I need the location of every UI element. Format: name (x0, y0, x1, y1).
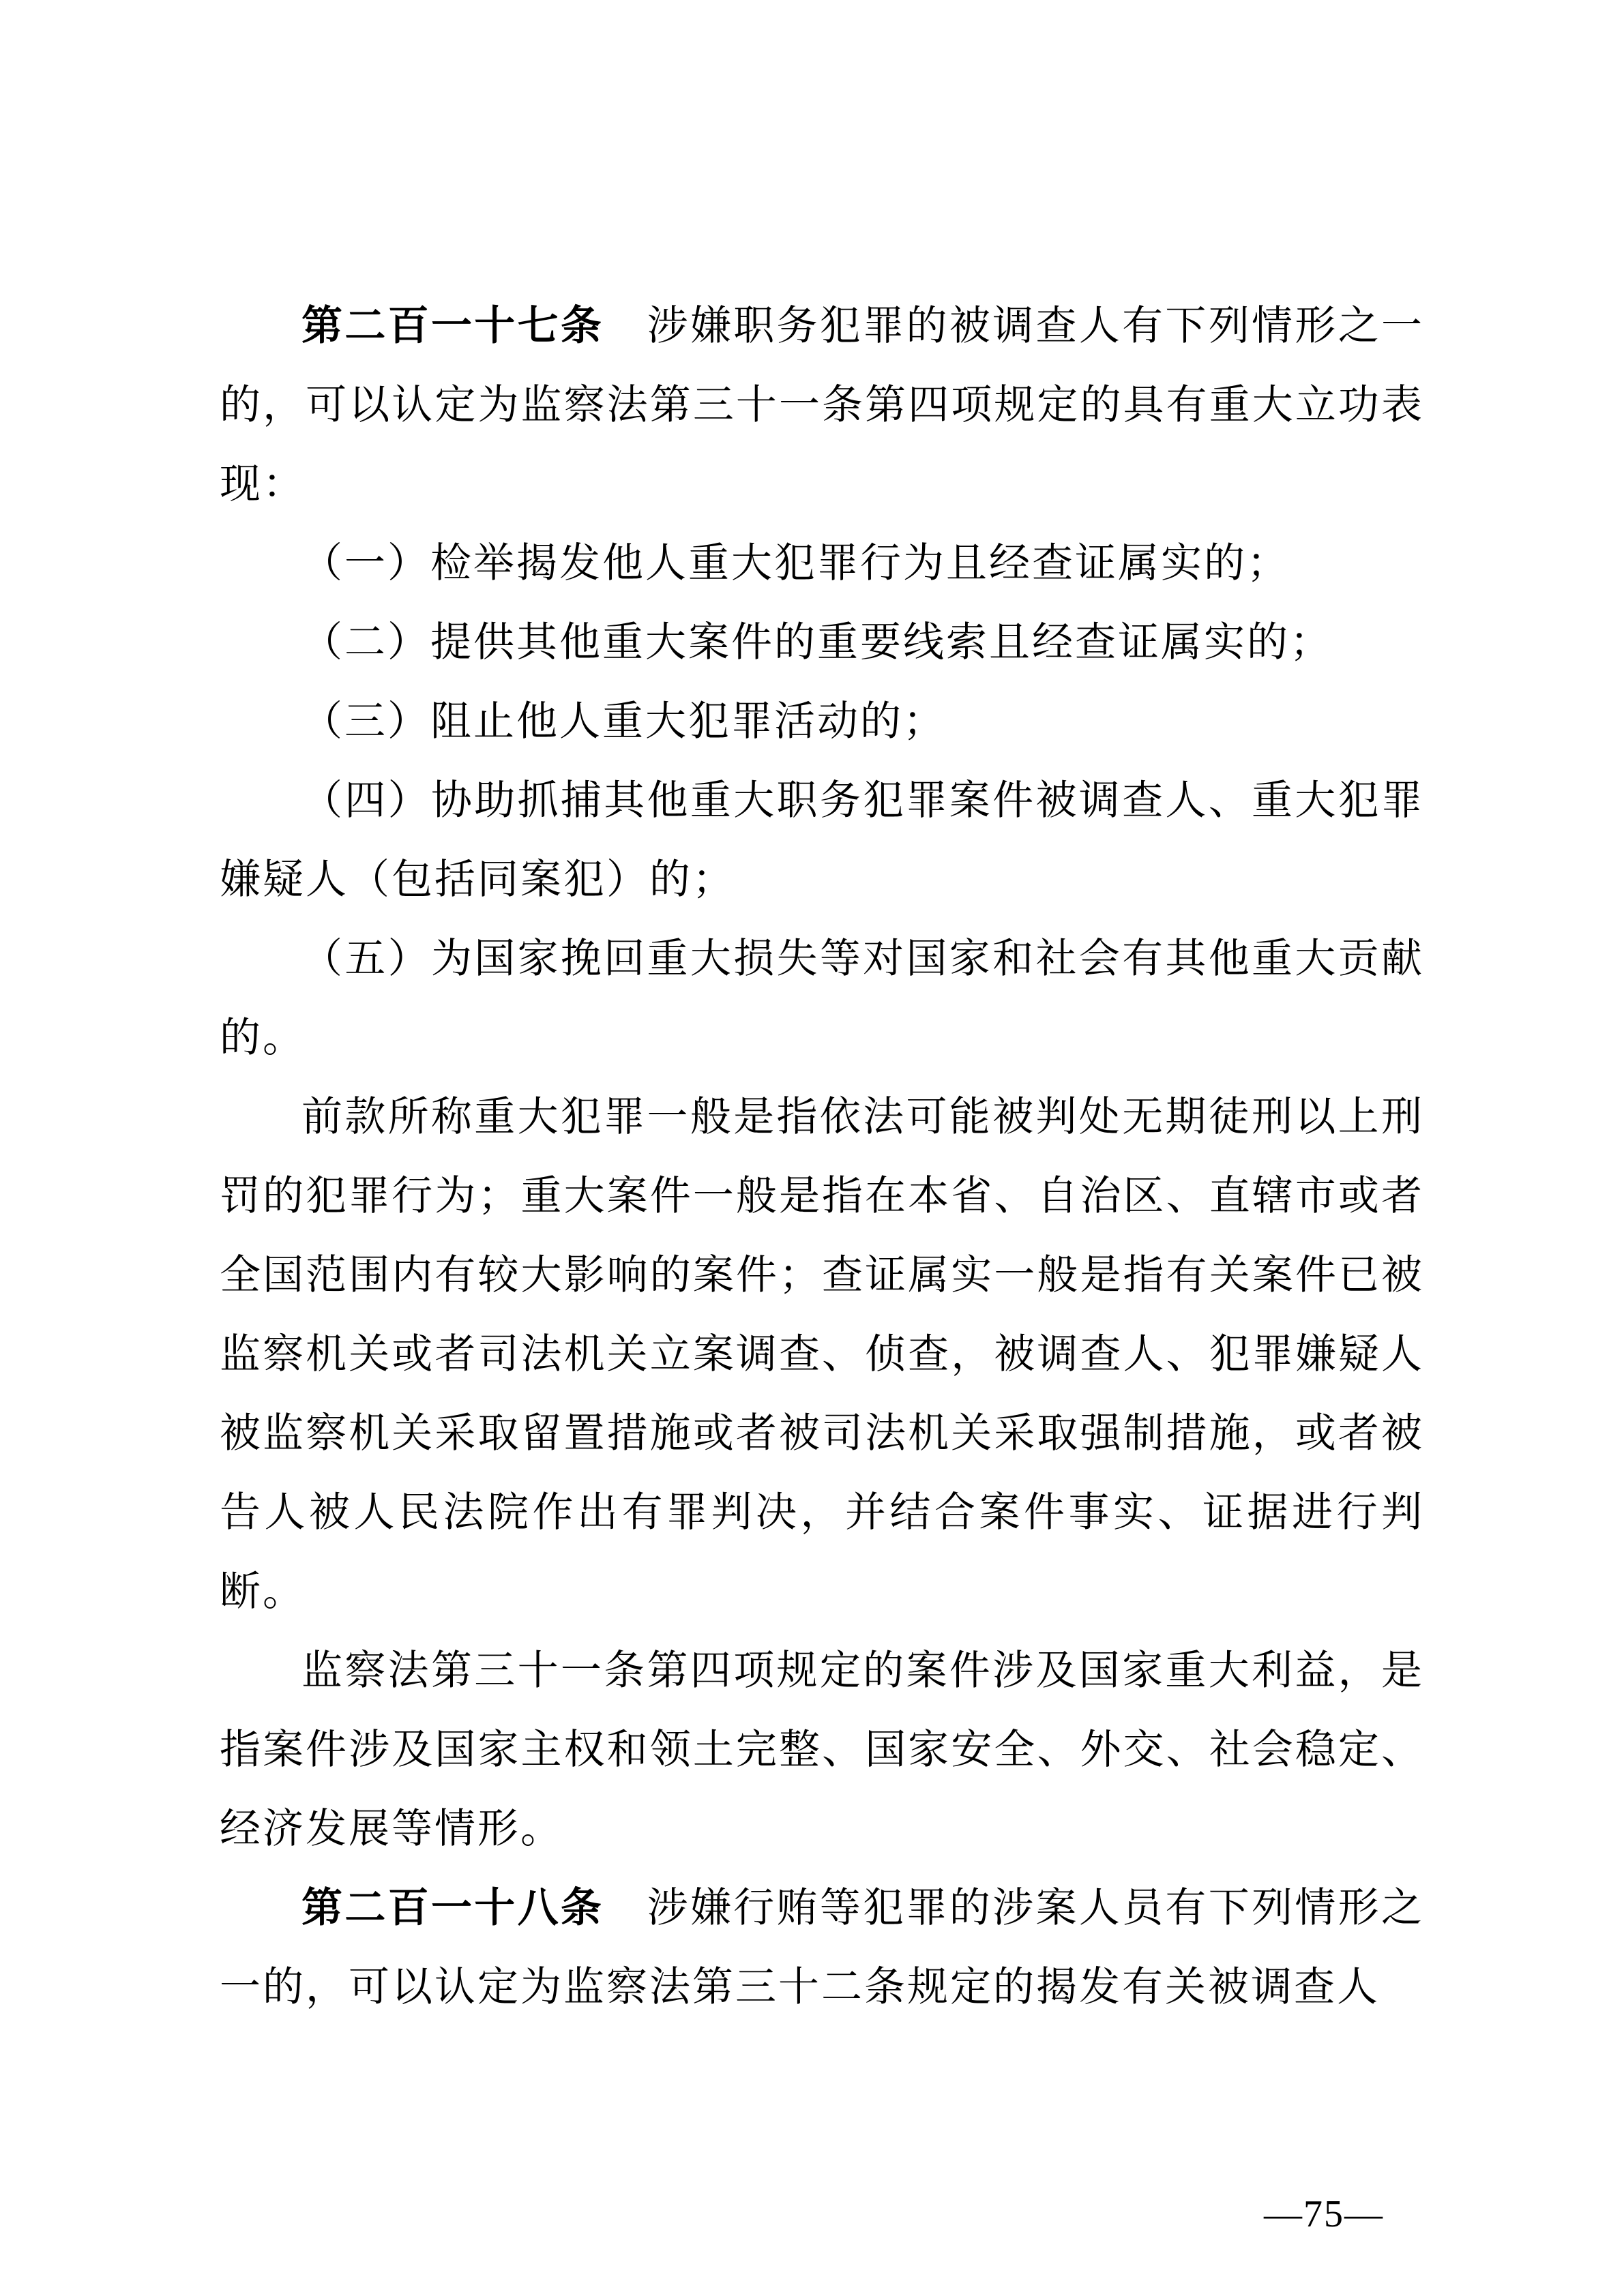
article-218-opening-paragraph: 第二百一十八条 涉嫌行贿等犯罪的涉案人员有下列情形之一的，可以认定为监察法第三十… (220, 1868, 1424, 2027)
article-217-item-3: （三）阻止他人重大犯罪活动的； (220, 682, 1424, 761)
article-217-paragraph-3: 监察法第三十一条第四项规定的案件涉及国家重大利益，是指案件涉及国家主权和领土完整… (220, 1631, 1424, 1868)
article-217-number: 第二百一十七条 (301, 303, 604, 348)
article-217-item-5: （五）为国家挽回重大损失等对国家和社会有其他重大贡献的。 (220, 919, 1424, 1077)
article-218-number: 第二百一十八条 (301, 1885, 604, 1930)
document-body: 第二百一十七条 涉嫌职务犯罪的被调查人有下列情形之一的，可以认定为监察法第三十一… (220, 286, 1424, 2027)
article-217-item-4: （四）协助抓捕其他重大职务犯罪案件被调查人、重大犯罪嫌疑人（包括同案犯）的； (220, 761, 1424, 919)
article-217-opening-paragraph: 第二百一十七条 涉嫌职务犯罪的被调查人有下列情形之一的，可以认定为监察法第三十一… (220, 286, 1424, 524)
article-217-paragraph-2: 前款所称重大犯罪一般是指依法可能被判处无期徒刑以上刑罚的犯罪行为；重大案件一般是… (220, 1077, 1424, 1631)
document-page: 第二百一十七条 涉嫌职务犯罪的被调查人有下列情形之一的，可以认定为监察法第三十一… (0, 0, 1624, 2296)
article-217-item-2: （二）提供其他重大案件的重要线索且经查证属实的； (220, 603, 1424, 682)
page-number: —75— (1264, 2190, 1384, 2238)
article-217-item-1: （一）检举揭发他人重大犯罪行为且经查证属实的； (220, 524, 1424, 603)
